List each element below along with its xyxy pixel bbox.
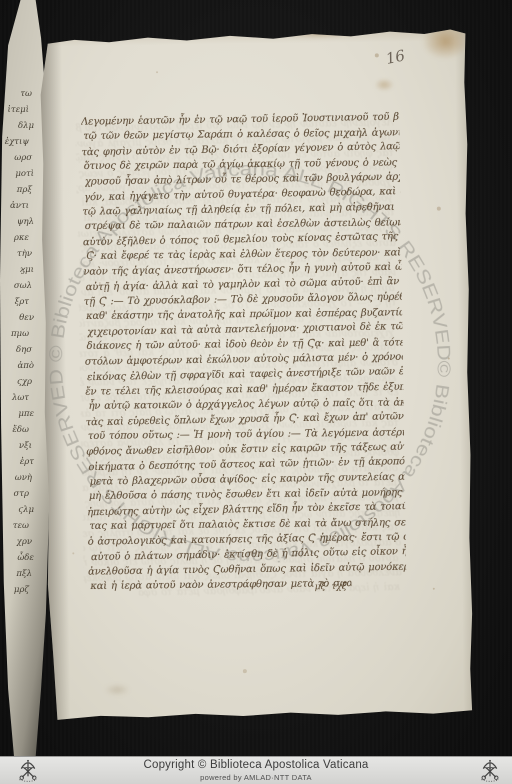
- footer-copyright: Copyright © Biblioteca Apostolica Vatica…: [143, 760, 368, 772]
- footer-text: Copyright © Biblioteca Apostolica Vatica…: [143, 760, 368, 781]
- corner-stain: [421, 23, 469, 60]
- top-edge-stain: [285, 29, 355, 39]
- edge-line-fragment: νξι: [0, 438, 40, 454]
- edge-line-fragment: πξλ: [0, 566, 40, 582]
- edge-line-fragment: ψηλ: [0, 214, 40, 230]
- edge-line-fragment: θεν: [0, 310, 40, 326]
- catchword: μξ̄· τχξ̄: [315, 582, 347, 592]
- manuscript-line: καὶ ἡ ἱερὰ αὐτοῦ ναὸν ἀνεστράφθησαν μετὰ…: [90, 576, 351, 594]
- edge-line-fragment: ωνὴ: [0, 470, 40, 486]
- edge-line-fragment: δησ: [0, 342, 40, 358]
- edge-line-fragment: ρκε: [0, 230, 40, 246]
- edge-line-fragment: στρ: [0, 486, 40, 502]
- edge-line-fragment: ἀπὸ: [0, 358, 40, 374]
- edge-line-fragment: ωρσ: [0, 150, 40, 166]
- edge-line-fragment: τω: [0, 86, 40, 102]
- edge-line-fragment: λωτ: [0, 390, 40, 406]
- footer-powered-by: powered by AMLAD·NTT DATA: [143, 774, 368, 782]
- manuscript-page: © Biblioteca Apostolica Vaticana ALL RIG…: [36, 27, 477, 723]
- edge-line-fragment: ξρτ: [0, 294, 40, 310]
- ombrellino-keys-icon: [481, 760, 498, 781]
- edge-line-fragment: τεω: [0, 518, 40, 534]
- edge-line-fragment: ϗμι: [0, 262, 40, 278]
- edge-line-fragment: ϛλμ: [0, 502, 40, 518]
- edge-line-fragment: μπε: [0, 406, 40, 422]
- edge-line-fragment: χρν: [0, 534, 40, 550]
- manuscript-photo: τωἰτεμὶδλμἐχτιψωρσμοτὶπρξἀντιψηλρκετὴνϗμ…: [0, 0, 512, 784]
- edge-line-fragment: σωλ: [0, 278, 40, 294]
- edge-line-fragment: ἰτεμὶ: [0, 102, 40, 118]
- edge-line-fragment: πρξ: [0, 182, 40, 198]
- folio-number: 16: [384, 46, 406, 68]
- footer-bar: Copyright © Biblioteca Apostolica Vatica…: [0, 756, 512, 784]
- vatican-emblem-left: [15, 758, 41, 783]
- edge-line-fragment: ἐχτιψ: [0, 134, 40, 150]
- adjacent-page-text-endings: τωἰτεμὶδλμἐχτιψωρσμοτὶπρξἀντιψηλρκετὴνϗμ…: [0, 86, 40, 598]
- manuscript-text-block: Λεγομένην ἑαυτῶν ἦν ἐν τῷ ναῷ τοῦ ἱεροῦ …: [81, 110, 407, 595]
- edge-line-fragment: ἀντι: [0, 198, 40, 214]
- vatican-emblem-right: [477, 758, 503, 783]
- edge-line-fragment: μοτὶ: [0, 166, 40, 182]
- edge-line-fragment: ἔδω: [0, 422, 40, 438]
- edge-line-fragment: μρζ: [0, 582, 40, 598]
- edge-line-fragment: δλμ: [0, 118, 40, 134]
- ombrellino-keys-icon: [19, 760, 36, 781]
- edge-line-fragment: πμω: [0, 326, 40, 342]
- page-stain: [374, 78, 394, 91]
- edge-line-fragment: ϛχρ: [0, 374, 40, 390]
- edge-line-fragment: ἐρτ: [0, 454, 40, 470]
- edge-line-fragment: ὧδε: [0, 550, 40, 566]
- page-stain: [104, 684, 130, 696]
- edge-line-fragment: τὴν: [0, 246, 40, 262]
